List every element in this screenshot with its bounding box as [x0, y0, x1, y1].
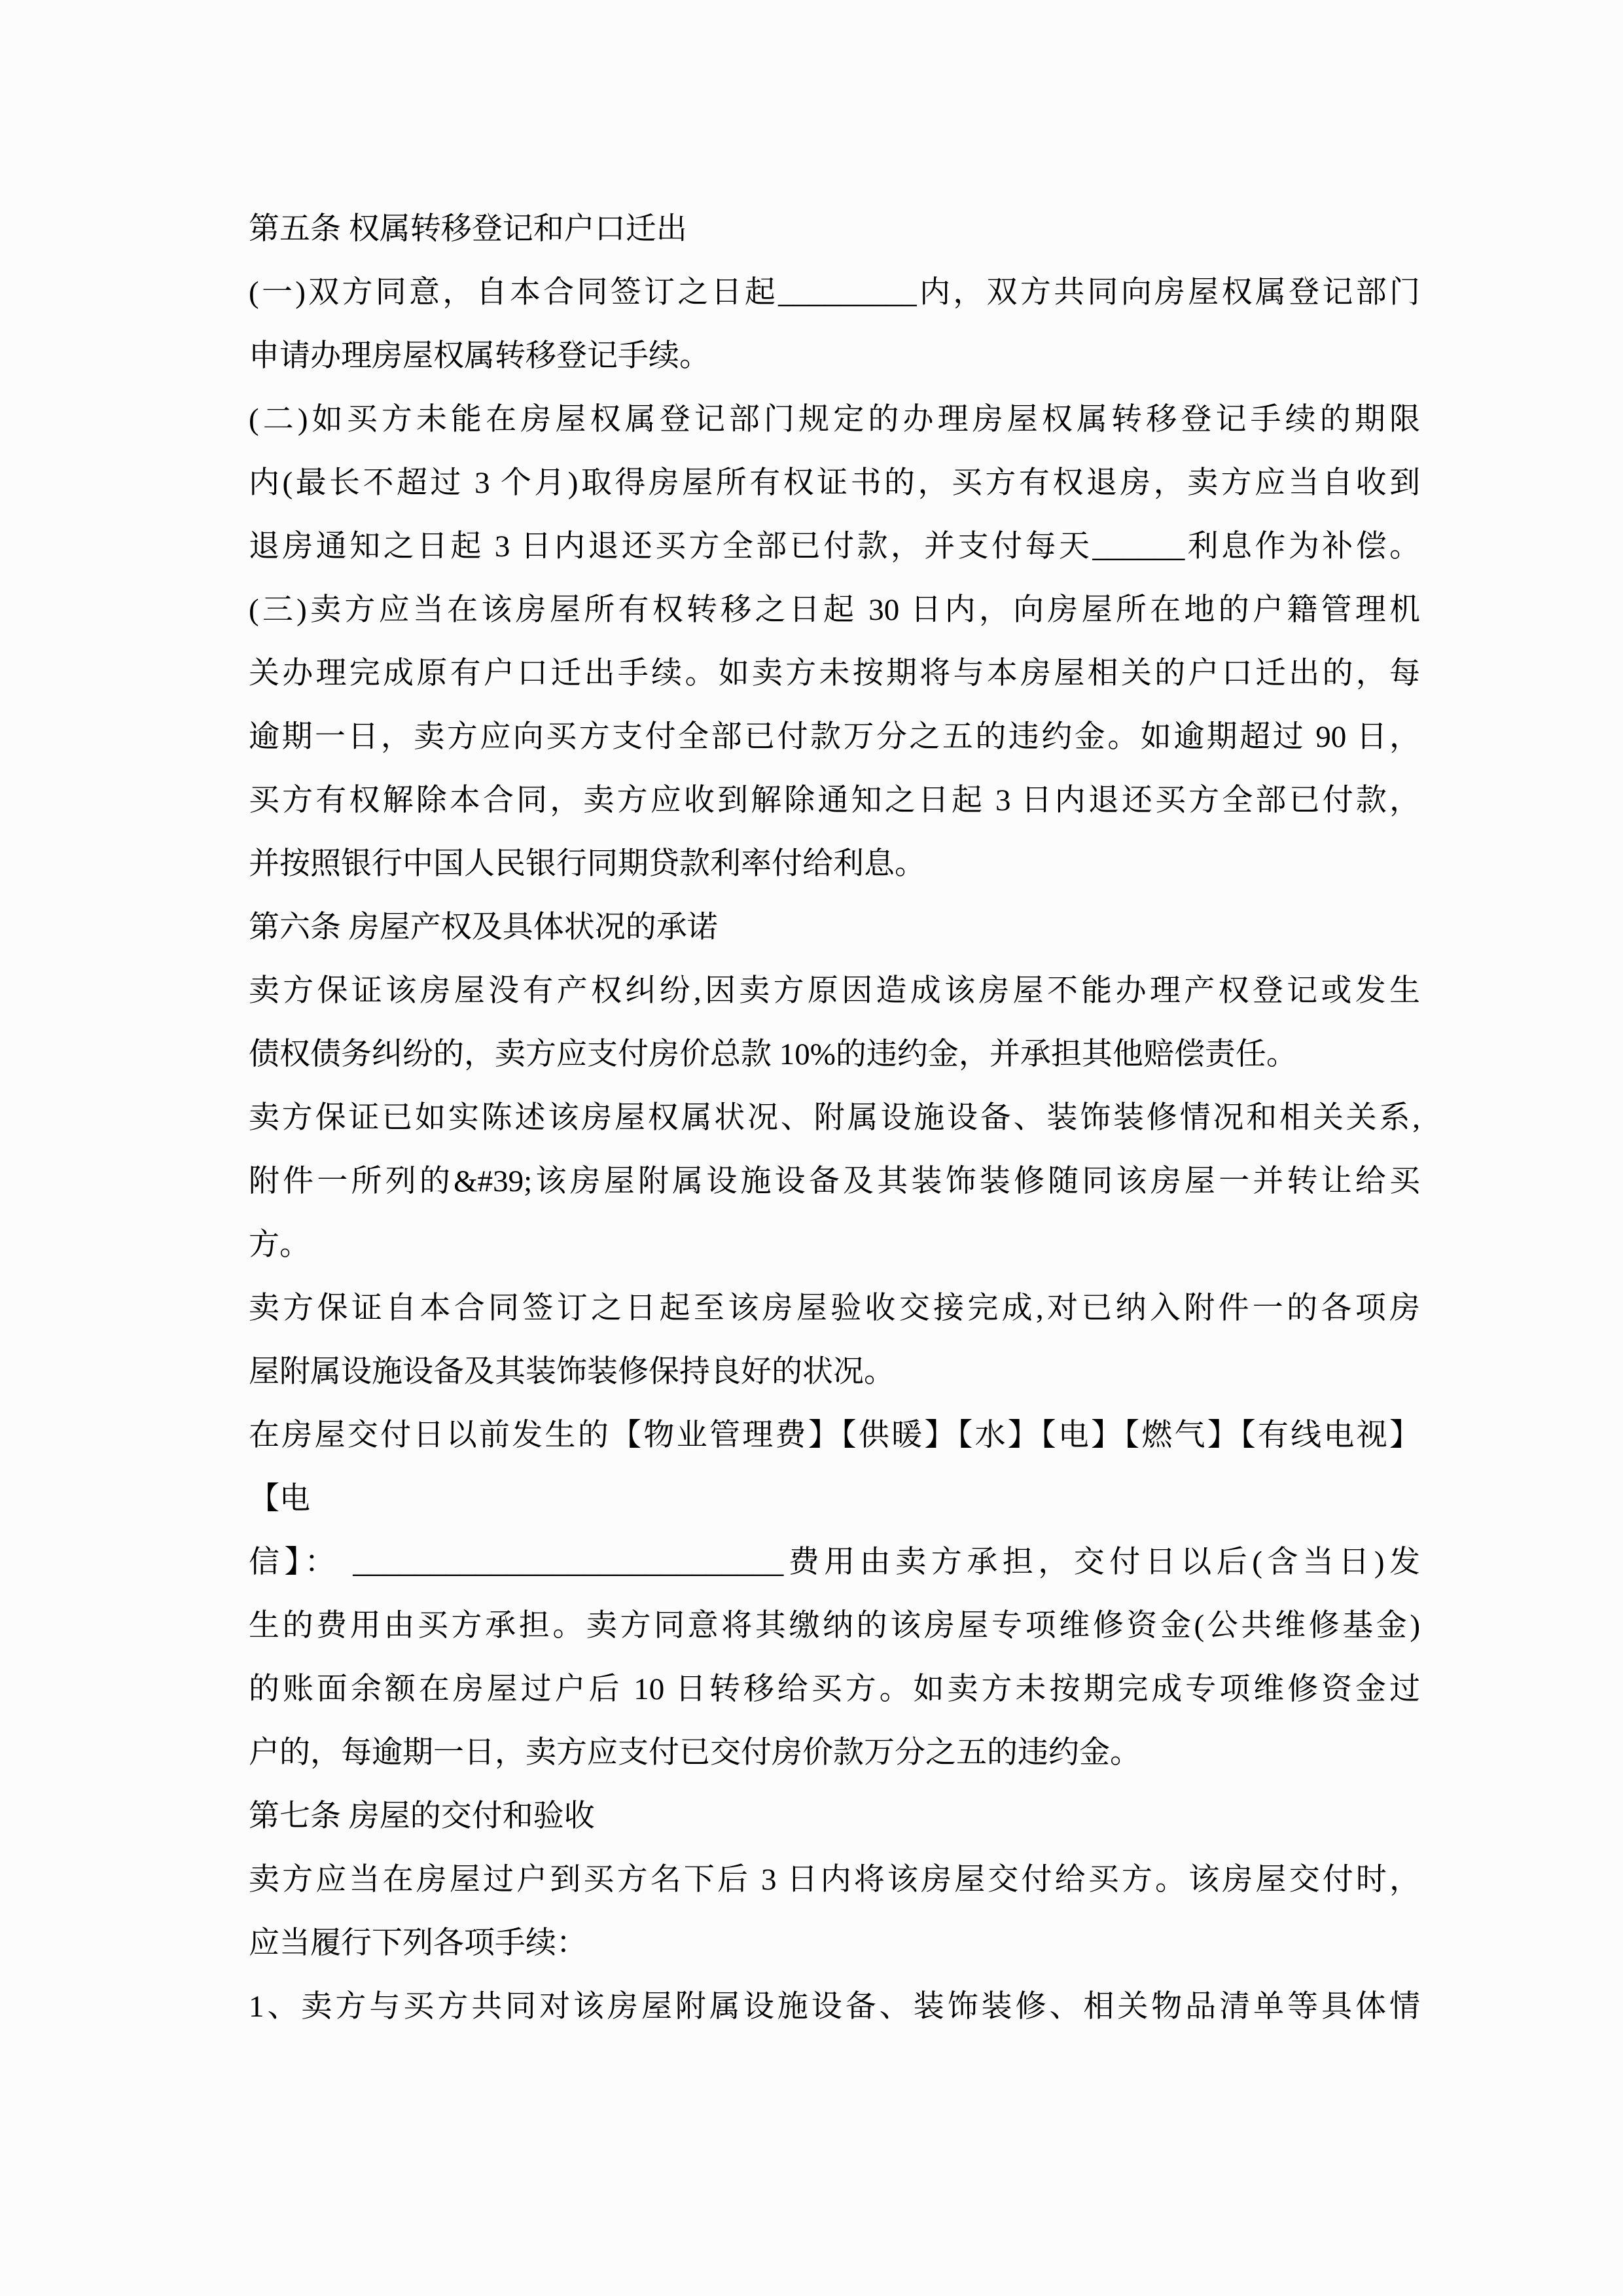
- text-line: (二)如买方未能在房屋权属登记部门规定的办理房屋权属转移登记手续的期限: [249, 388, 1420, 452]
- text-line: 内(最长不超过 3 个月)取得房屋所有权证书的，买方有权退房，卖方应当自收到: [249, 452, 1420, 515]
- text-line: (三)卖方应当在该房屋所有权转移之日起 30 日内，向房屋所在地的户籍管理机: [249, 579, 1420, 642]
- text-line: 卖方应当在房屋过户到买方名下后 3 日内将该房屋交付给买方。该房屋交付时，: [249, 1848, 1420, 1912]
- text-line: 户的，每逾期一日，卖方应支付已交付房价款万分之五的违约金。: [249, 1721, 1420, 1785]
- clause-heading: 第七条 房屋的交付和验收: [249, 1785, 1420, 1848]
- text-line: 申请办理房屋权属转移登记手续。: [249, 325, 1420, 388]
- text-line: 逾期一日，卖方应向买方支付全部已付款万分之五的违约金。如逾期超过 90 日，: [249, 706, 1420, 769]
- text-line: 应当履行下列各项手续：: [249, 1912, 1420, 1975]
- text-line: 【电: [249, 1467, 1420, 1531]
- text-line: 关办理完成原有户口迁出手续。如卖方未按期将与本房屋相关的户口迁出的，每: [249, 642, 1420, 706]
- document-body: 第五条 权属转移登记和户口迁出(一)双方同意，自本合同签订之日起________…: [249, 198, 1420, 2039]
- text-line: 卖方保证自本合同签订之日起至该房屋验收交接完成,对已纳入附件一的各项房: [249, 1277, 1420, 1340]
- clause-heading: 第六条 房屋产权及具体状况的承诺: [249, 896, 1420, 960]
- text-line: (一)双方同意，自本合同签订之日起_________内，双方共同向房屋权属登记部…: [249, 261, 1420, 325]
- text-line: 信】： ____________________________费用由卖方承担，…: [249, 1531, 1420, 1594]
- text-line: 退房通知之日起 3 日内退还买方全部已付款，并支付每天______利息作为补偿。: [249, 515, 1420, 579]
- text-line: 并按照银行中国人民银行同期贷款利率付给利息。: [249, 833, 1420, 896]
- text-line: 生的费用由买方承担。卖方同意将其缴纳的该房屋专项维修资金(公共维修基金): [249, 1594, 1420, 1658]
- text-line: 买方有权解除本合同，卖方应收到解除通知之日起 3 日内退还买方全部已付款，: [249, 769, 1420, 833]
- text-line: 屋附属设施设备及其装饰装修保持良好的状况。: [249, 1340, 1420, 1404]
- text-line: 1、卖方与买方共同对该房屋附属设施设备、装饰装修、相关物品清单等具体情: [249, 1975, 1420, 2039]
- contract-page: 第五条 权属转移登记和户口迁出(一)双方同意，自本合同签订之日起________…: [0, 0, 1623, 2296]
- text-line: 的账面余额在房屋过户后 10 日转移给买方。如卖方未按期完成专项维修资金过: [249, 1658, 1420, 1721]
- clause-heading: 第五条 权属转移登记和户口迁出: [249, 198, 1420, 261]
- text-line: 在房屋交付日以前发生的【物业管理费】【供暖】【水】【电】【燃气】【有线电视】: [249, 1404, 1420, 1467]
- text-line: 附件一所列的&#39;该房屋附属设施设备及其装饰装修随同该房屋一并转让给买: [249, 1150, 1420, 1213]
- text-line: 债权债务纠纷的，卖方应支付房价总款 10%的违约金，并承担其他赔偿责任。: [249, 1023, 1420, 1086]
- text-line: 方。: [249, 1213, 1420, 1277]
- text-line: 卖方保证已如实陈述该房屋权属状况、附属设施设备、装饰装修情况和相关关系,: [249, 1086, 1420, 1150]
- text-line: 卖方保证该房屋没有产权纠纷,因卖方原因造成该房屋不能办理产权登记或发生: [249, 960, 1420, 1023]
